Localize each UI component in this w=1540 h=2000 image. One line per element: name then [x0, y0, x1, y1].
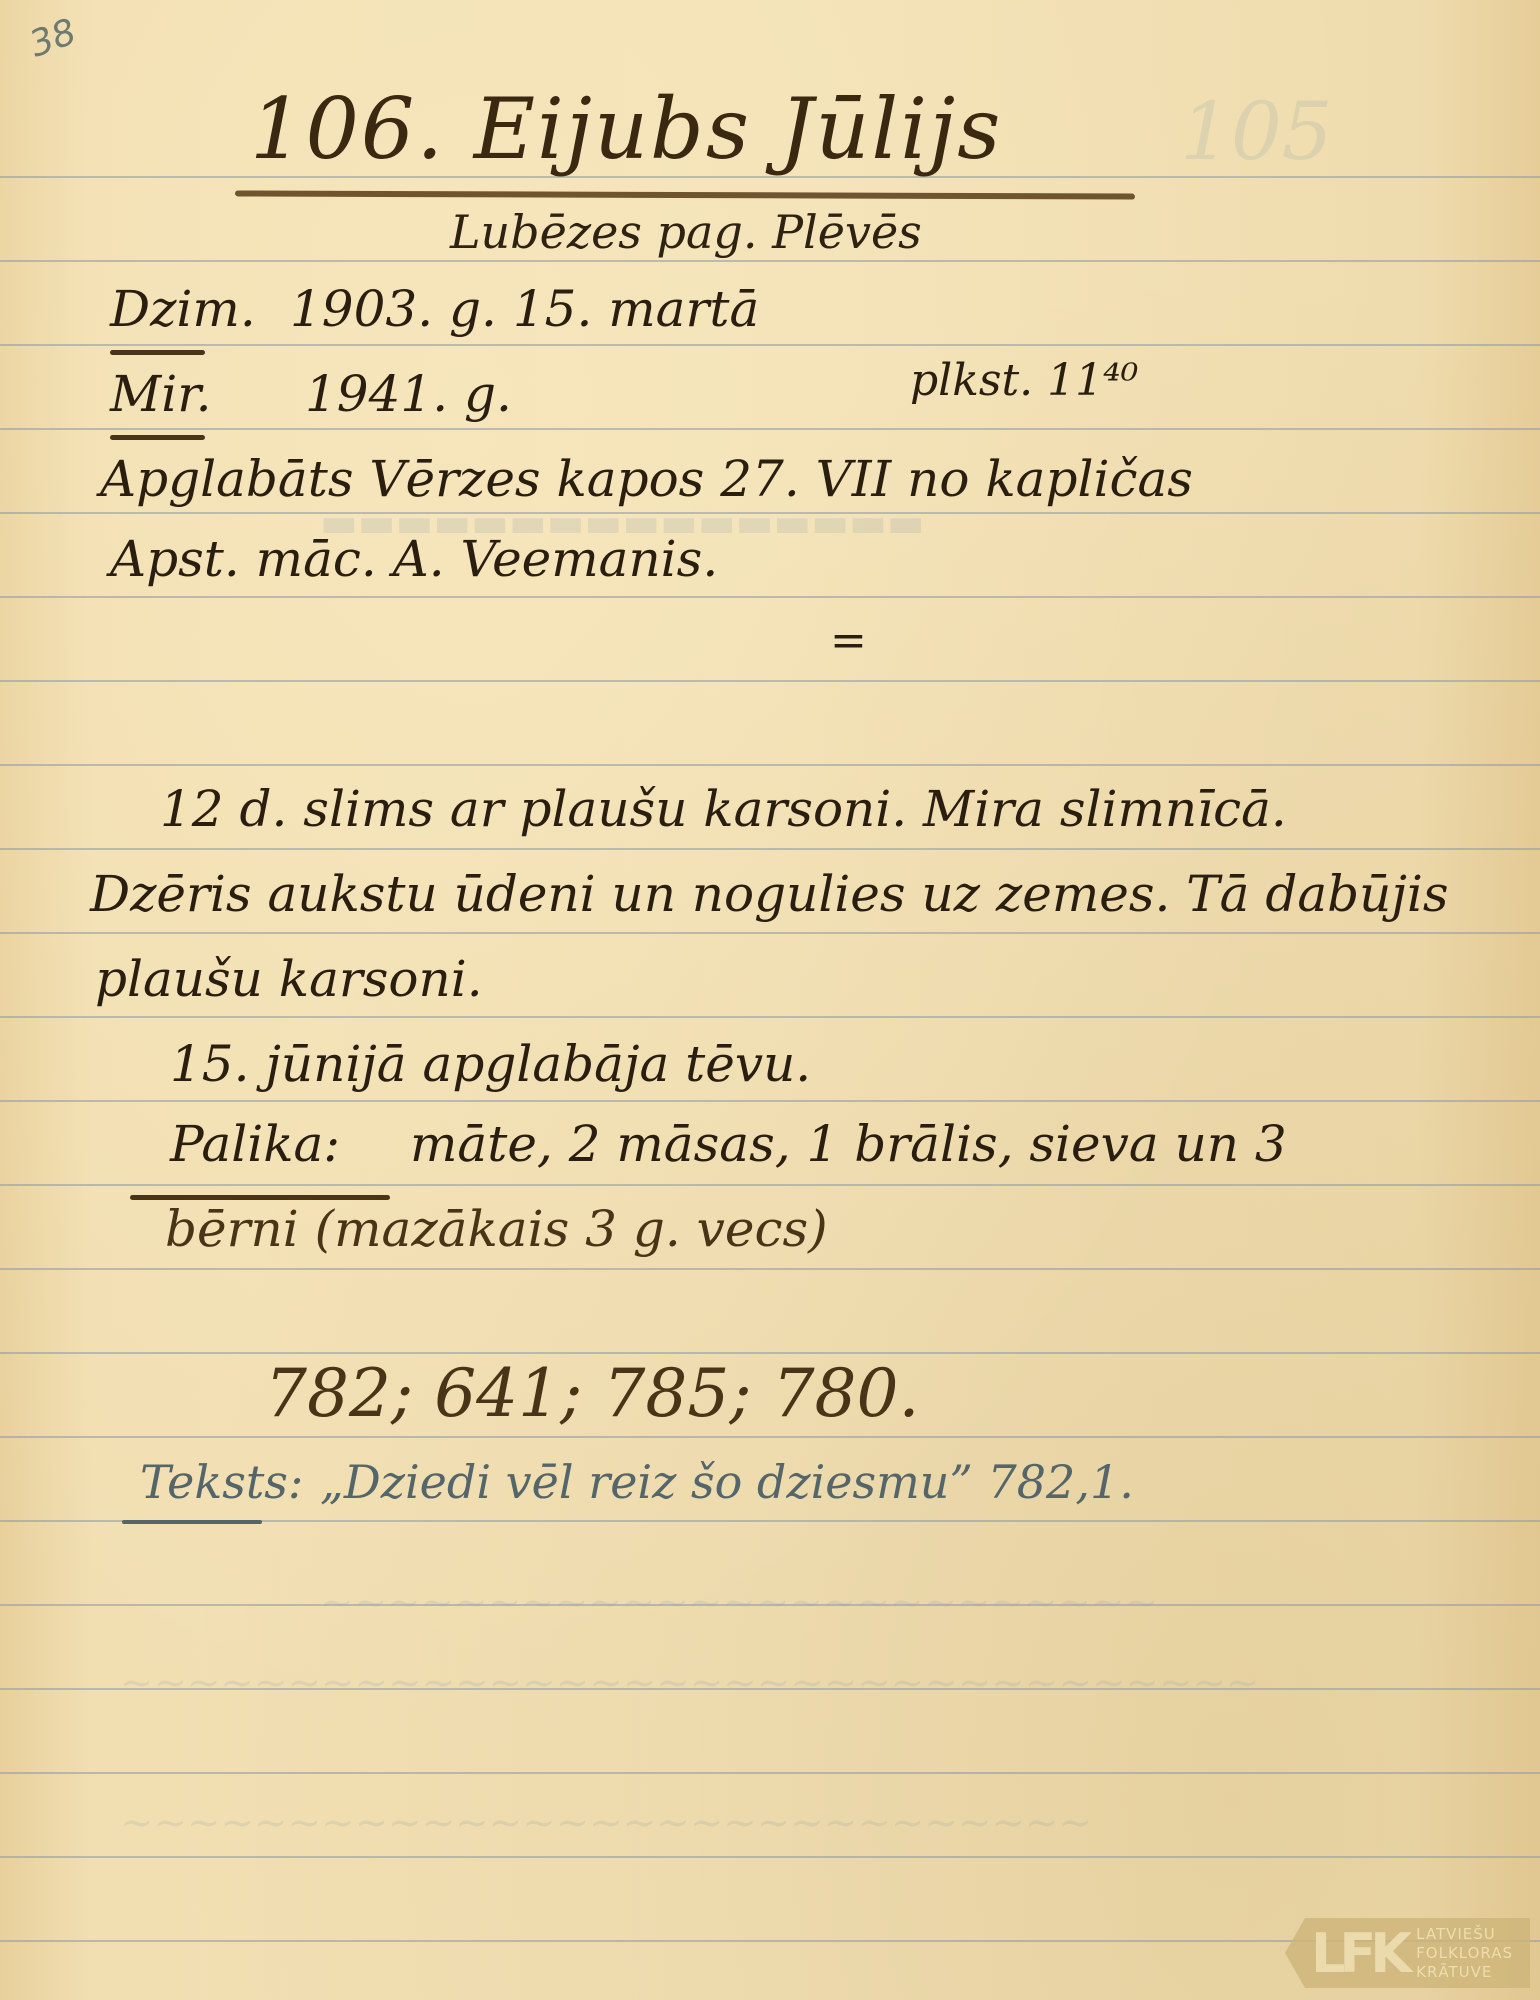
bleed-through-text: 105	[1180, 85, 1333, 178]
logo-mark: LFK	[1311, 1922, 1406, 1985]
died-value: 1941. g.	[305, 365, 512, 423]
ruled-line	[0, 1268, 1540, 1270]
ruled-line	[0, 1352, 1540, 1354]
page-number: 38	[24, 11, 81, 65]
logo-line-1: LATVIEŠU	[1416, 1925, 1513, 1944]
ruled-line	[0, 596, 1540, 598]
narrative-line-4: 15. jūnijā apglabāja tēvu.	[170, 1035, 811, 1093]
ruled-line	[0, 428, 1540, 430]
narrative-line-6: bērni (mazākais 3 g. vecs)	[165, 1200, 828, 1258]
ruled-line	[0, 1772, 1540, 1774]
manuscript-page: 105 ▬▬▬▬▬▬▬▬▬▬▬▬▬▬▬▬ ~~~~~~~~~~~~~~~~~~~…	[0, 0, 1540, 2000]
bleed-through-text: ~~~~~~~~~~~~~~~~~~~~~~~~~	[320, 1580, 1158, 1626]
narrative-line-1: 12 d. slims ar plaušu karsoni. Mira slim…	[160, 780, 1287, 838]
burial-line: Apglabāts Vērzes kapos 27. VII no kaplič…	[100, 450, 1193, 508]
ruled-line	[0, 764, 1540, 766]
ruled-line	[0, 344, 1540, 346]
died-label-underline	[110, 435, 205, 440]
survivors-value: māte, 2 māsas, 1 brālis, sieva un 3	[410, 1115, 1287, 1173]
died-label: Mir.	[110, 365, 212, 423]
logo-arrow-icon	[1285, 1918, 1305, 1988]
entry-location: Lubēzes pag. Plēvēs	[450, 205, 922, 259]
title-underline	[235, 190, 1135, 199]
ruled-line	[0, 1436, 1540, 1438]
text-reference-value: „Dziedi vēl reiz šo dziesmu” 782,1.	[320, 1455, 1134, 1509]
ruled-line	[0, 680, 1540, 682]
logo-line-3: KRĀTUVE	[1416, 1963, 1513, 1982]
narrative-line-3: plaušu karsoni.	[95, 950, 483, 1008]
ruled-line	[0, 1184, 1540, 1186]
ruled-line	[0, 848, 1540, 850]
section-separator: =	[830, 615, 867, 666]
officiant-line: Apst. māc. A. Veemanis.	[110, 530, 718, 588]
bleed-through-text: ~~~~~~~~~~~~~~~~~~~~~~~~~~~~~~~~~~	[120, 1660, 1260, 1706]
ruled-line	[0, 1100, 1540, 1102]
text-reference-label: Teksts:	[140, 1455, 303, 1509]
logo-line-2: FOLKLORAS	[1416, 1944, 1513, 1963]
text-label-underline	[122, 1520, 262, 1524]
born-label: Dzim.	[110, 280, 256, 338]
born-label-underline	[110, 350, 205, 355]
ruled-line	[0, 932, 1540, 934]
survivors-label: Palika:	[170, 1115, 340, 1173]
entry-title: 106. Eijubs Jūlijs	[250, 80, 1002, 178]
ruled-line	[0, 260, 1540, 262]
bleed-through-text: ~~~~~~~~~~~~~~~~~~~~~~~~~~~~~	[120, 1800, 1092, 1846]
archive-logo: LFK LATVIEŠU FOLKLORAS KRĀTUVE	[1285, 1918, 1530, 1988]
born-value: 1903. g. 15. martā	[290, 280, 759, 338]
tune-reference-numbers: 782; 641; 785; 780.	[265, 1355, 920, 1432]
ruled-line	[0, 1016, 1540, 1018]
narrative-line-2: Dzēris aukstu ūdeni un nogulies uz zemes…	[90, 865, 1449, 923]
ruled-line	[0, 1856, 1540, 1858]
died-time-note: plkst. 11⁴⁰	[910, 355, 1138, 406]
